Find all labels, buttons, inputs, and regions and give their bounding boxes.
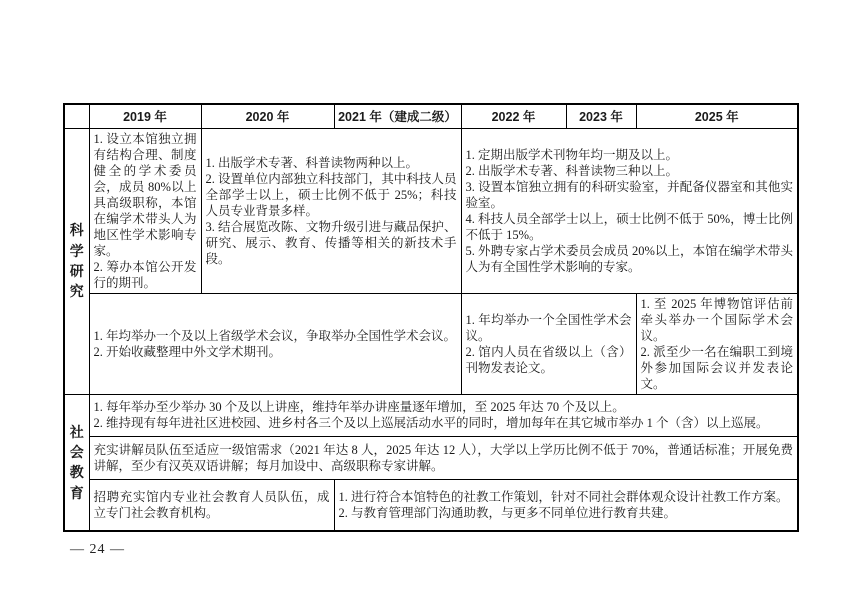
cell-social-2021-2025: 1. 进行符合本馆特色的社教工作策划，针对不同社会群体观众设计社教工作方案。 2… (334, 479, 798, 531)
science-research-row-2: 1. 年均举办一个及以上省级学术会议，争取举办全国性学术会议。 2. 开始收藏整… (64, 293, 798, 394)
cell-science-2022-2025: 1. 定期出版学术刊物年均一期及以上。 2. 出版学术专著、科普读物三种以上。 … (461, 128, 798, 293)
social-education-row-1: 社会教育 1. 每年举办至少举办 30 个及以上讲座，维持年举办讲座量逐年增加，… (64, 394, 798, 436)
social-education-label: 社会教育 (69, 422, 84, 503)
document-page: 2019 年 2020 年 2021 年（建成二级） 2022 年 2023 年… (0, 0, 861, 607)
row-header-science-research: 科学研究 (64, 128, 89, 394)
cell-social-2019-2020: 招聘充实馆内专业社会教育人员队伍，成立专门社会教育机构。 (89, 479, 334, 531)
science-research-label: 科学研究 (69, 220, 84, 301)
col-header-2022: 2022 年 (461, 104, 566, 128)
corner-cell (64, 104, 89, 128)
cell-science-2019-2021: 1. 年均举办一个及以上省级学术会议，争取举办全国性学术会议。 2. 开始收藏整… (89, 293, 461, 394)
science-research-row-1: 科学研究 1. 设立本馆独立拥有结构合理、制度健全的学术委员会，成员 80%以上… (64, 128, 798, 293)
col-header-2020: 2020 年 (201, 104, 334, 128)
row-header-social-education: 社会教育 (64, 394, 89, 531)
table-header-row: 2019 年 2020 年 2021 年（建成二级） 2022 年 2023 年… (64, 104, 798, 128)
col-header-2025: 2025 年 (636, 104, 798, 128)
cell-social-row1-all-years: 1. 每年举办至少举办 30 个及以上讲座，维持年举办讲座量逐年增加，至 202… (89, 394, 798, 436)
museum-evaluation-plan-table: 2019 年 2020 年 2021 年（建成二级） 2022 年 2023 年… (63, 103, 799, 532)
social-education-row-2: 充实讲解员队伍至适应一级馆需求（2021 年达 8 人，2025 年达 12 人… (64, 436, 798, 479)
cell-science-2020-2021: 1. 出版学术专著、科普读物两种以上。 2. 设置单位内部独立科技部门，其中科技… (201, 128, 461, 293)
col-header-2021: 2021 年（建成二级） (334, 104, 461, 128)
social-education-row-3: 招聘充实馆内专业社会教育人员队伍，成立专门社会教育机构。 1. 进行符合本馆特色… (64, 479, 798, 531)
cell-science-2025: 1. 至 2025 年博物馆评估前牵头举办一个国际学术会议。 2. 派至少一名在… (636, 293, 798, 394)
col-header-2019: 2019 年 (89, 104, 201, 128)
cell-social-row2-all-years: 充实讲解员队伍至适应一级馆需求（2021 年达 8 人，2025 年达 12 人… (89, 436, 798, 479)
cell-science-2019: 1. 设立本馆独立拥有结构合理、制度健全的学术委员会，成员 80%以上具高级职称… (89, 128, 201, 293)
col-header-2023: 2023 年 (566, 104, 636, 128)
cell-science-2022-2023: 1. 年均举办一个全国性学术会议。 2. 馆内人员在省级以上（含）刊物发表论文。 (461, 293, 636, 394)
page-number: — 24 — (70, 542, 125, 558)
